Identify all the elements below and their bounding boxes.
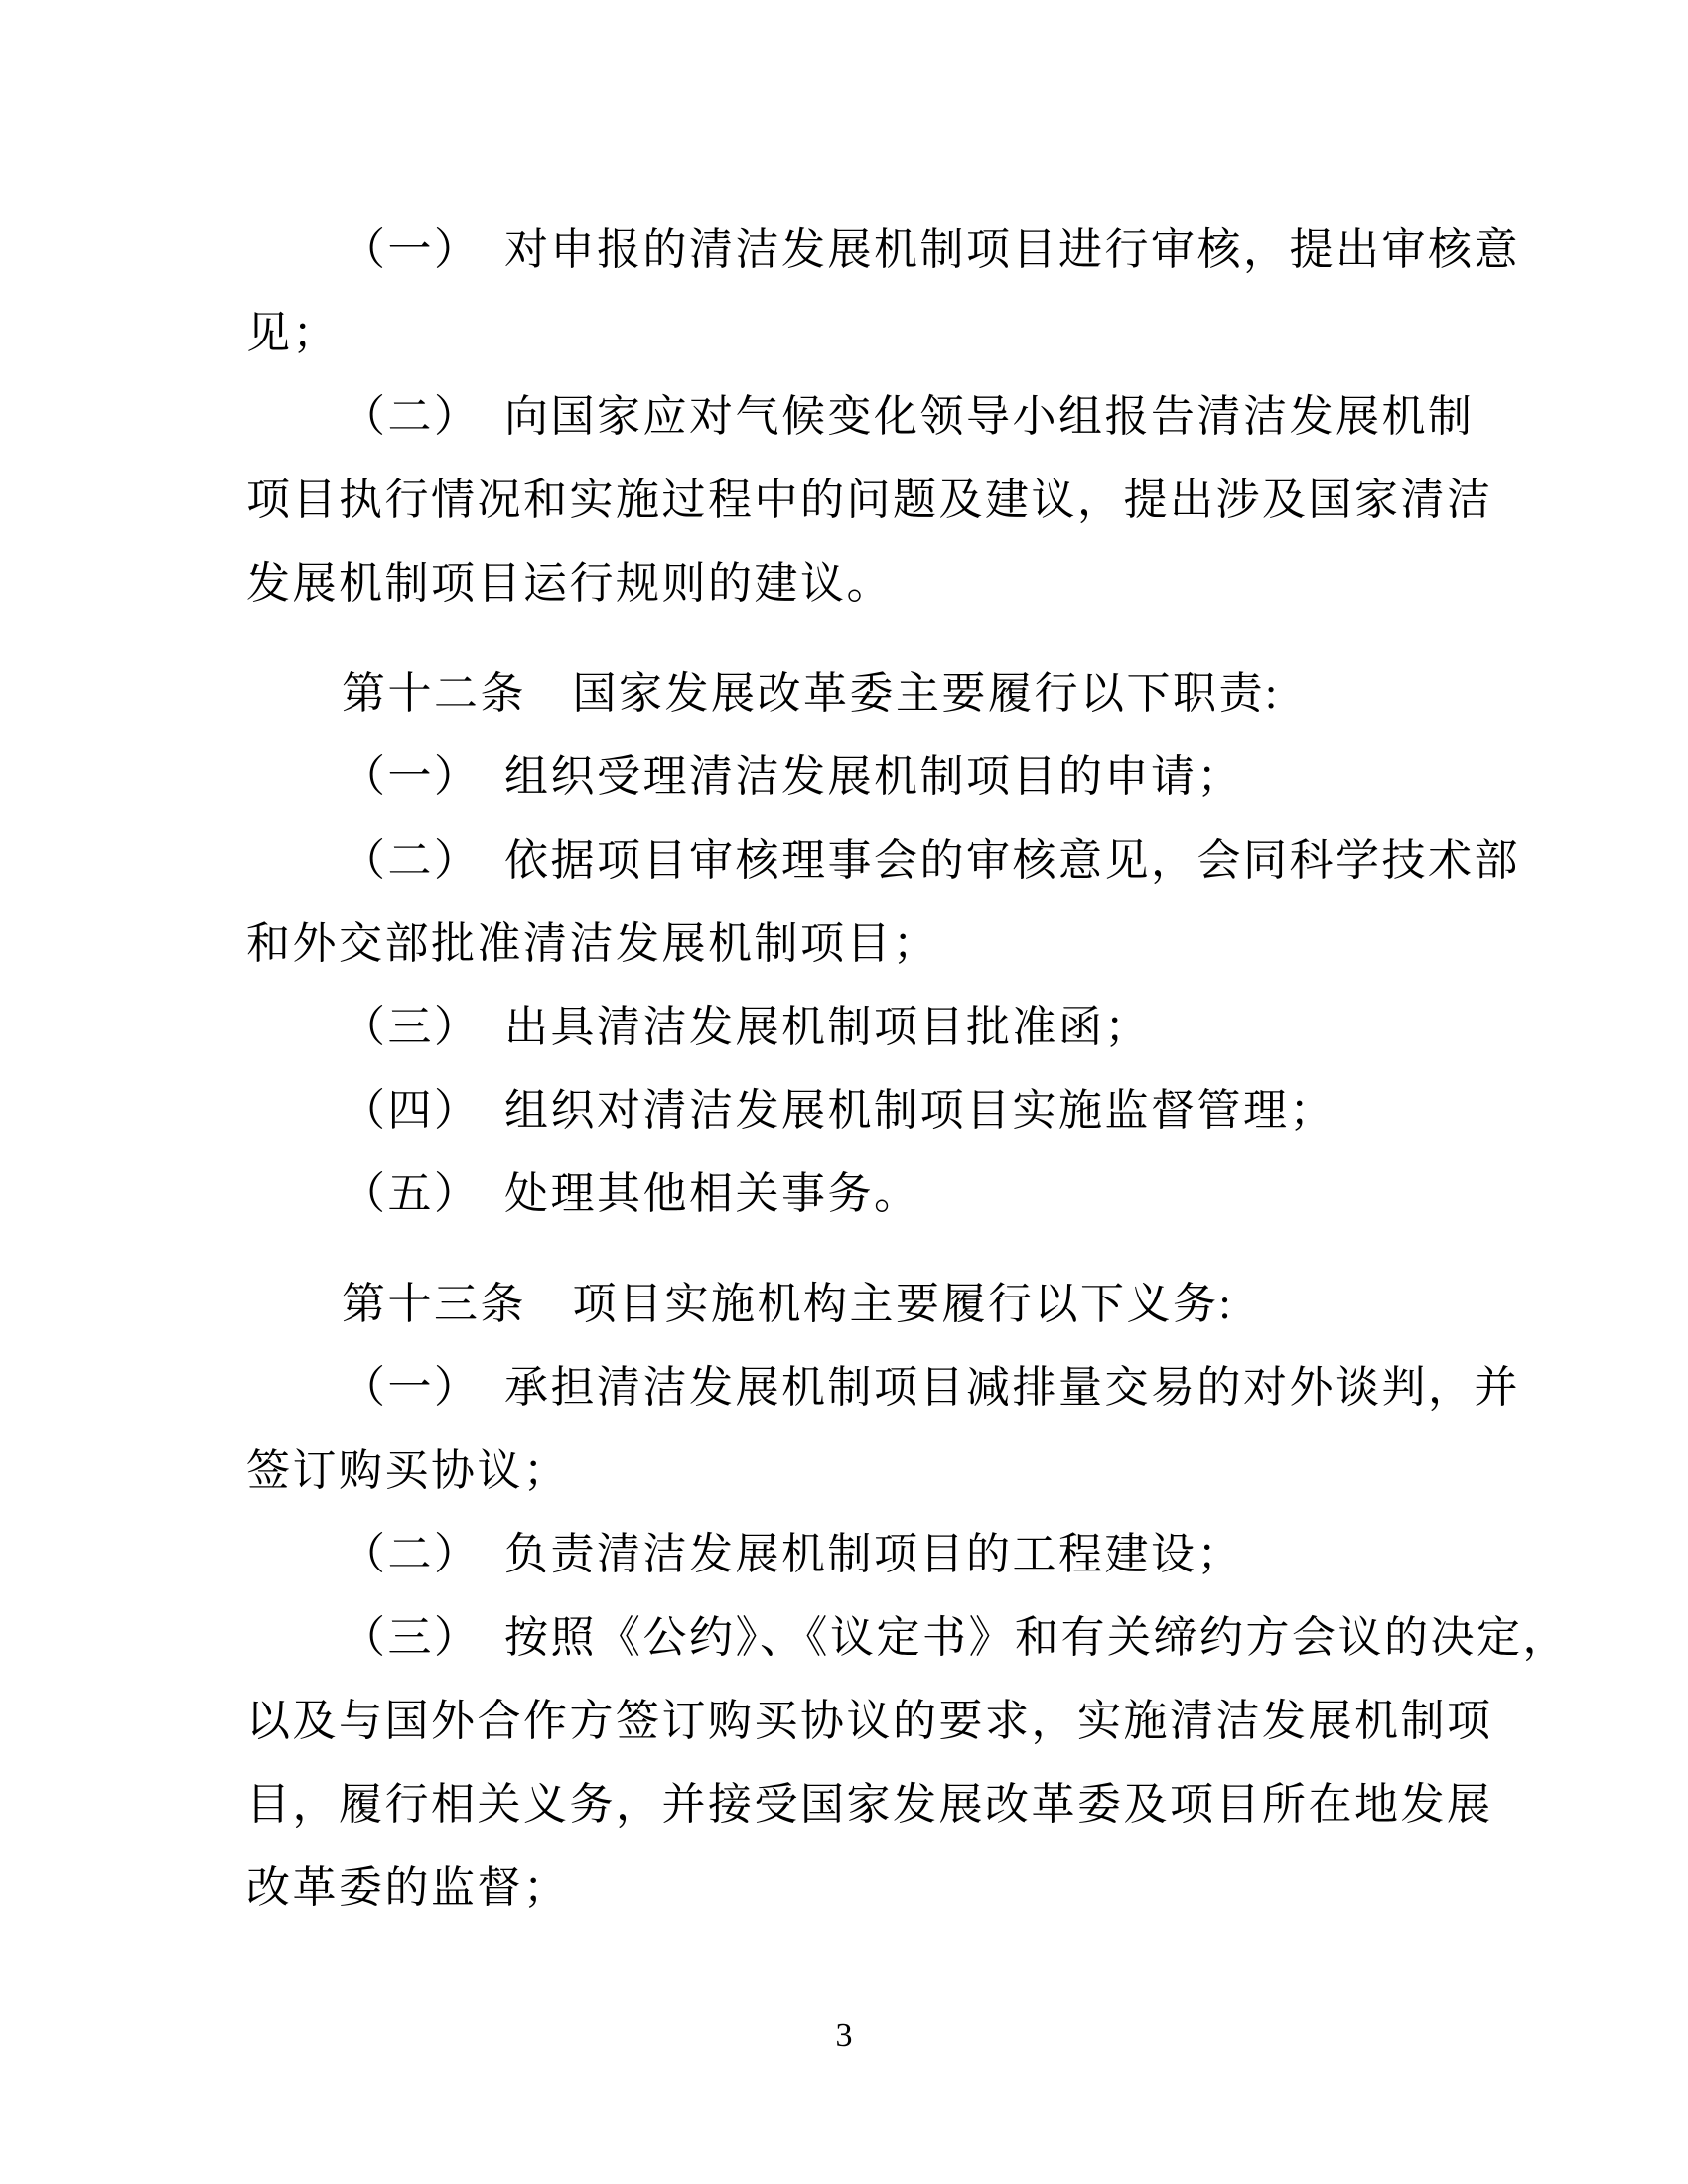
text-line: 签订购买协议； [246,1430,1537,1513]
document-page: （一） 对申报的清洁发展机制项目进行审核，提出审核意见；（二） 向国家应对气候变… [0,0,1688,2184]
text-line: （一） 组织受理清洁发展机制项目的申请； [246,736,1537,819]
text-line: （一） 承担清洁发展机制项目减排量交易的对外谈判，并 [246,1346,1537,1430]
text-line: （一） 对申报的清洁发展机制项目进行审核，提出审核意 [246,208,1537,292]
text-line: （五） 处理其他相关事务。 [246,1153,1537,1236]
article-heading-line: 第十三条 项目实施机构主要履行以下义务: [246,1263,1537,1346]
text-line: 改革委的监督； [246,1846,1537,1930]
article-heading-line: 第十二条 国家发展改革委主要履行以下职责: [246,652,1537,736]
text-line: 项目执行情况和实施过程中的问题及建议，提出涉及国家清洁 [246,459,1537,542]
text-line: （三） 出具清洁发展机制项目批准函； [246,986,1537,1069]
page-number: 3 [0,2017,1688,2055]
text-line: （三） 按照《公约》、《议定书》和有关缔约方会议的决定， [246,1596,1537,1680]
text-line: 见； [246,292,1537,375]
text-line: （二） 向国家应对气候变化领导小组报告清洁发展机制 [246,375,1537,459]
text-line: （二） 依据项目审核理事会的审核意见，会同科学技术部 [246,819,1537,902]
text-line: 目，履行相关义务，并接受国家发展改革委及项目所在地发展 [246,1763,1537,1846]
text-line: （四） 组织对清洁发展机制项目实施监督管理； [246,1069,1537,1153]
text-line: 发展机制项目运行规则的建议。 [246,542,1537,625]
text-line: 和外交部批准清洁发展机制项目； [246,902,1537,986]
document-body: （一） 对申报的清洁发展机制项目进行审核，提出审核意见；（二） 向国家应对气候变… [246,208,1537,1930]
text-line: 以及与国外合作方签订购买协议的要求，实施清洁发展机制项 [246,1680,1537,1763]
text-line: （二） 负责清洁发展机制项目的工程建设； [246,1513,1537,1596]
